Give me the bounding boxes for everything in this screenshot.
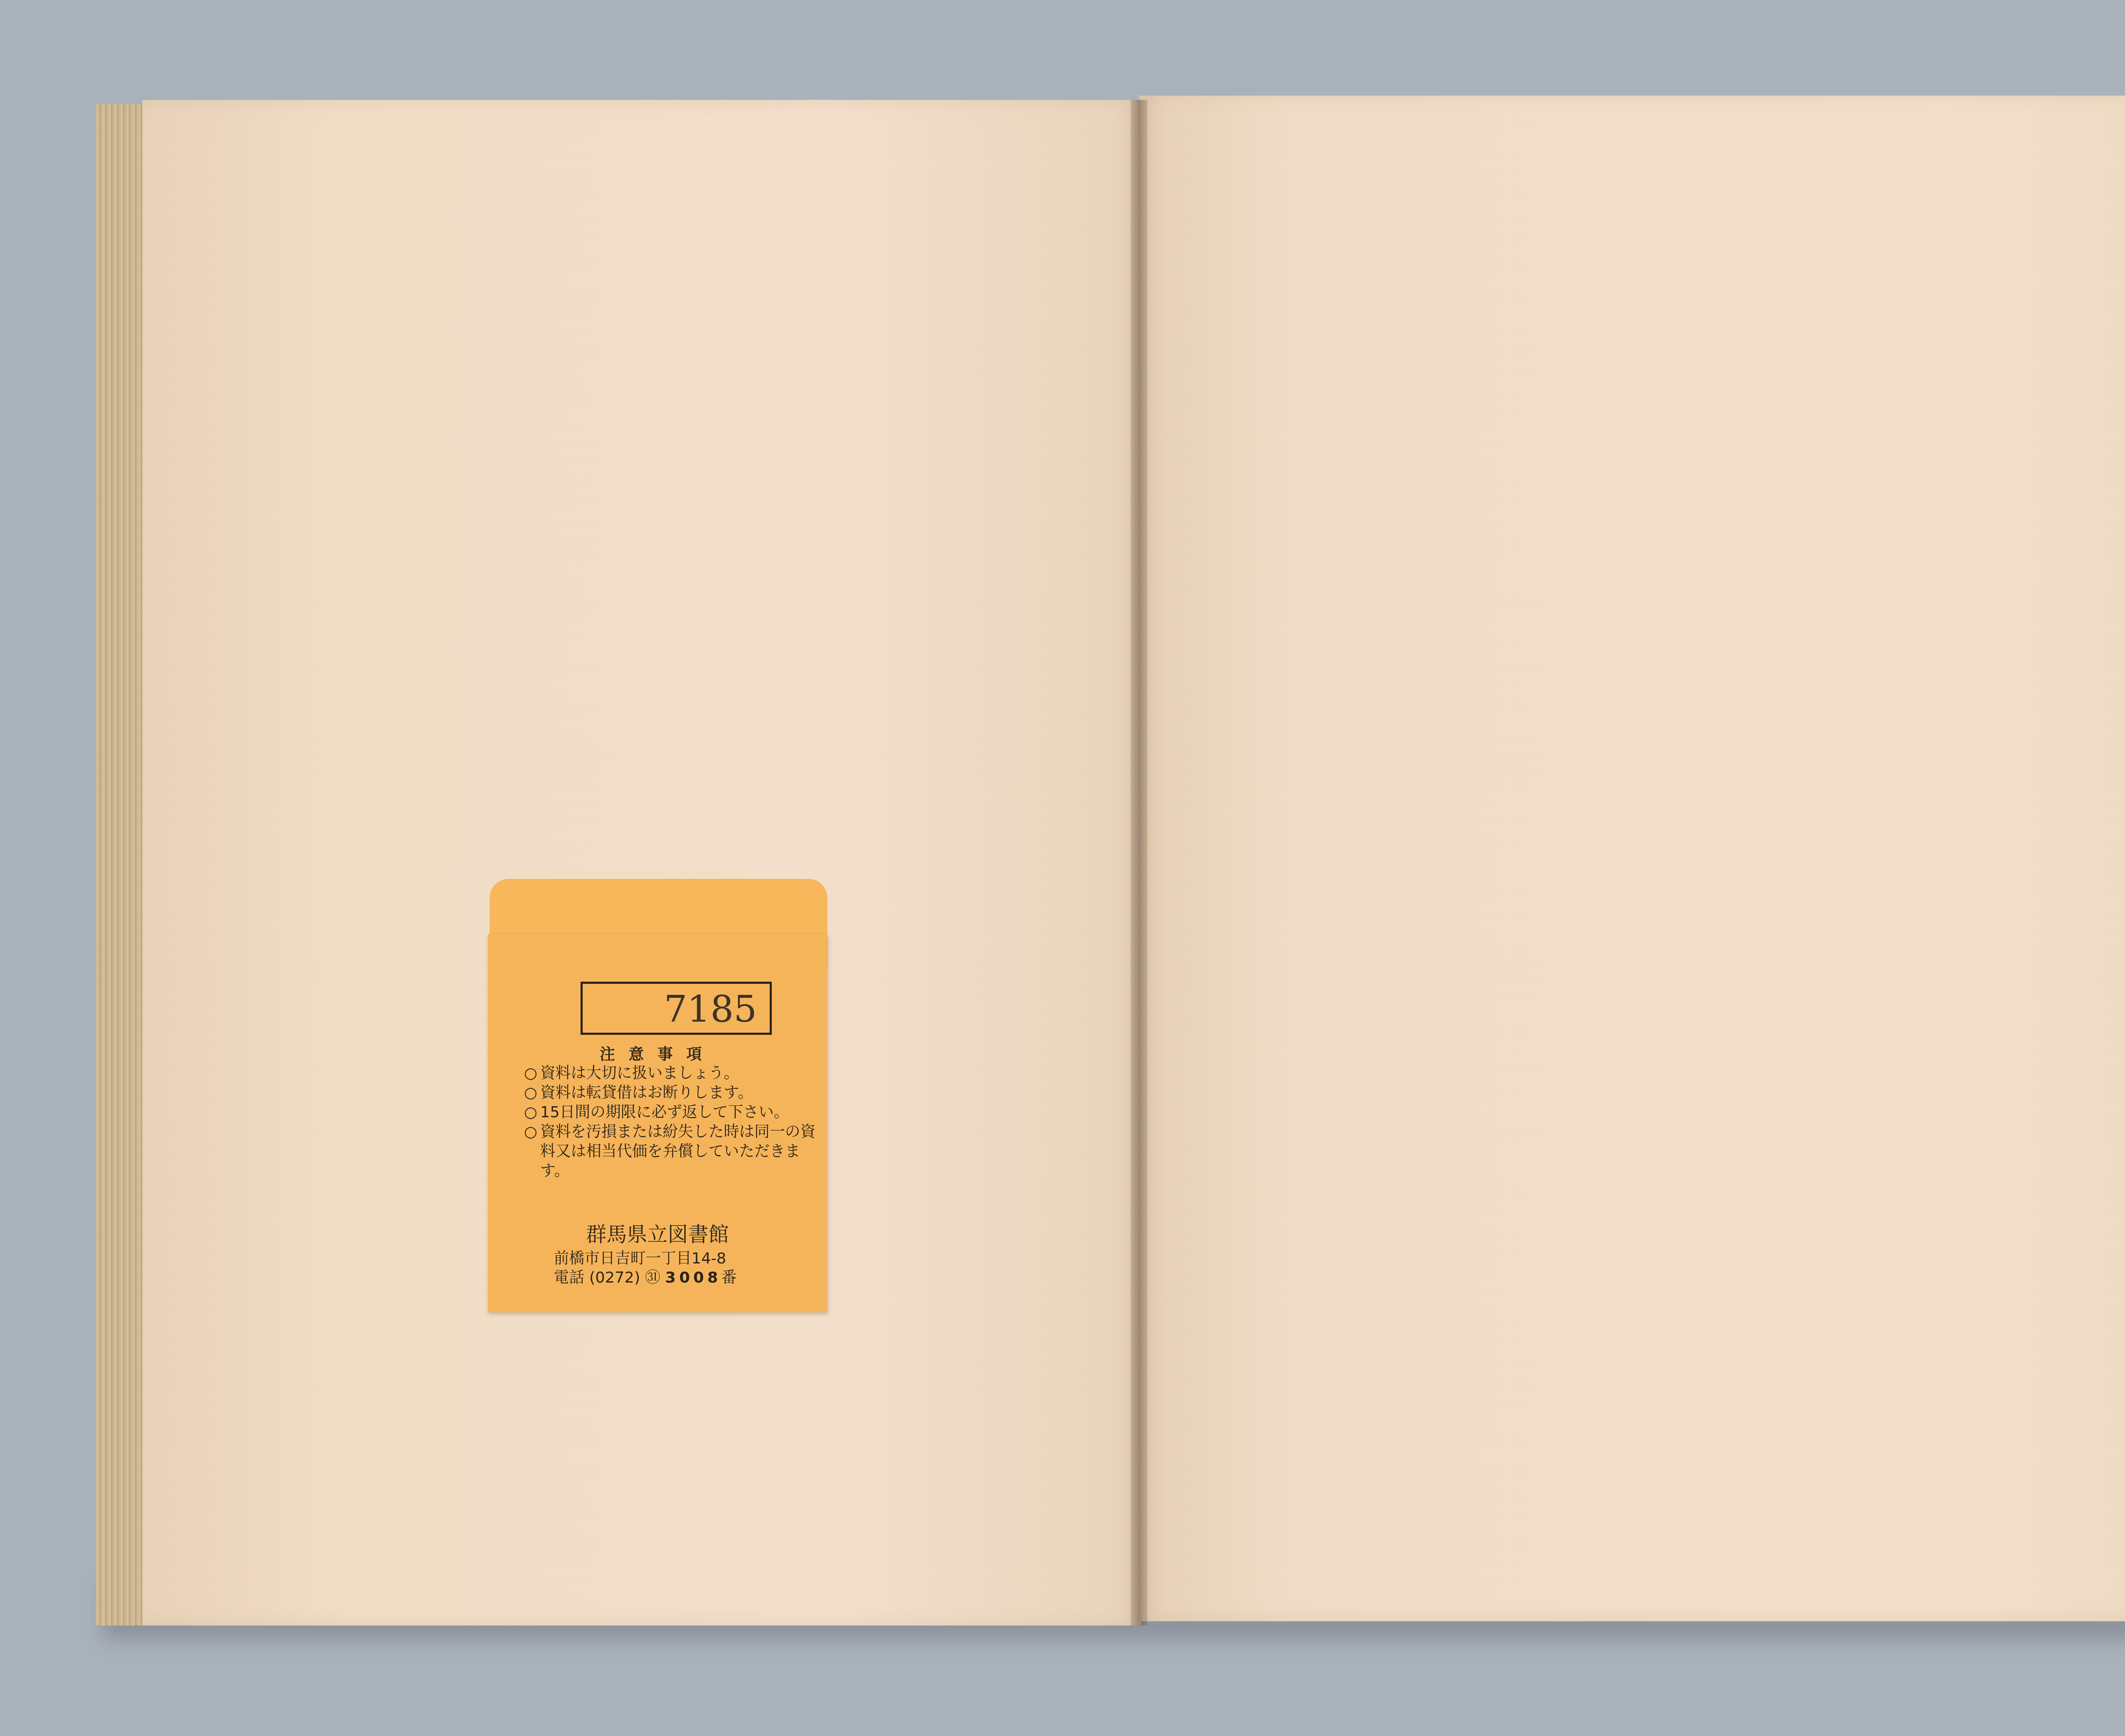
library-phone: 電話 (0272) ㉛ 3008番 — [554, 1266, 737, 1287]
right-page — [1139, 96, 2125, 1621]
library-name: 群馬県立図書館 — [488, 1218, 827, 1247]
rule-item: ○ 資料は大切に扱いましょう。 — [524, 1064, 822, 1083]
bullet-icon: ○ — [524, 1083, 540, 1103]
left-page — [142, 100, 1141, 1626]
rule-item: ○ 資料を汚損または紛失した時は同一の資料又は相当代価を弁償していただきます。 — [524, 1122, 822, 1181]
rule-item: ○ 資料は転貸借はお断りします。 — [524, 1083, 822, 1103]
page-edges — [96, 104, 144, 1626]
rule-item: ○ 15日間の期限に必ず返して下さい。 — [524, 1103, 822, 1122]
call-number-box: 7185 — [581, 982, 772, 1035]
rules-list: ○ 資料は大切に扱いましょう。 ○ 資料は転貸借はお断りします。 ○ 15日間の… — [524, 1064, 822, 1181]
library-card-pocket: 7185 注意事項 ○ 資料は大切に扱いましょう。 ○ 資料は転貸借はお断りしま… — [488, 934, 827, 1312]
bullet-icon: ○ — [524, 1103, 540, 1122]
bullet-icon: ○ — [524, 1064, 540, 1083]
bullet-icon: ○ — [524, 1122, 540, 1181]
library-address: 前橋市日吉町一丁目14-8 — [554, 1246, 726, 1268]
book-gutter — [1130, 100, 1147, 1626]
notice-title: 注意事項 — [488, 1042, 827, 1064]
call-number: 7185 — [664, 988, 757, 1031]
